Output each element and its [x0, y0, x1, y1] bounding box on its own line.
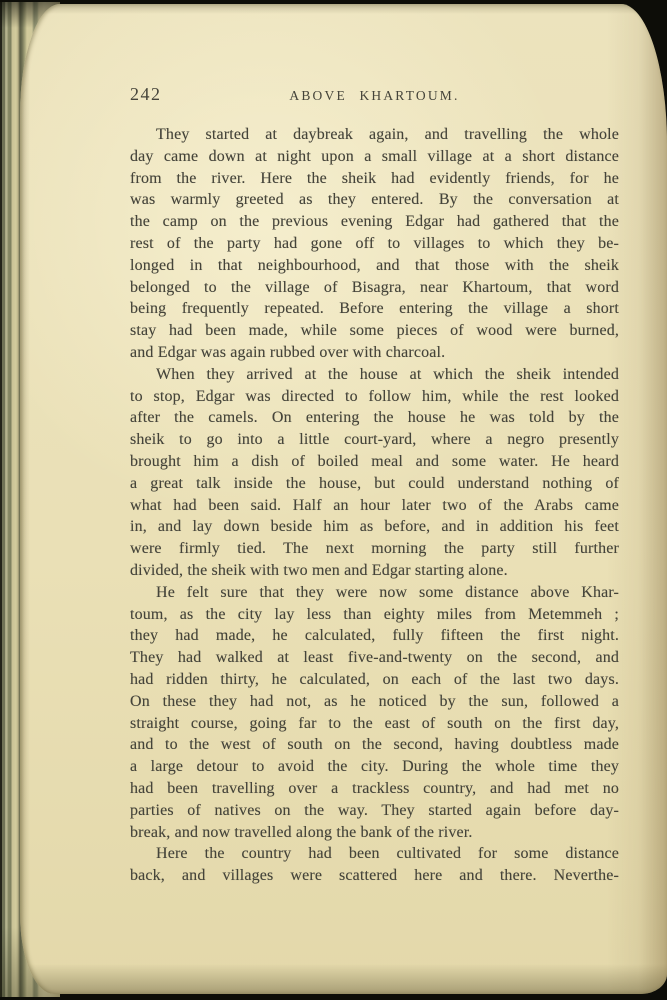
running-header: ABOVE KHARTOUM. — [130, 88, 619, 104]
text-line: divided, the sheik with two men and Edga… — [130, 560, 619, 582]
text-line: had been travelling over a trackless cou… — [130, 778, 619, 800]
text-line: They had walked at least five-and-twenty… — [130, 647, 619, 669]
text-line: and to the west of south on the second, … — [130, 734, 619, 756]
text-line: back, and villages were scattered here a… — [130, 865, 619, 887]
text-line: Here the country had been cultivated for… — [130, 843, 619, 865]
text-line: after the camels. On entering the house … — [130, 407, 619, 429]
page-header-row: 242 ABOVE KHARTOUM. — [130, 84, 619, 104]
text-line: belonged to the village of Bisagra, near… — [130, 277, 619, 299]
text-line: to stop, Edgar was directed to follow hi… — [130, 386, 619, 408]
text-line: break, and now travelled along the bank … — [130, 822, 619, 844]
text-line: had ridden thirty, he calculated, on eac… — [130, 669, 619, 691]
text-line: He felt sure that they were now some dis… — [130, 582, 619, 604]
paragraph: Here the country had been cultivated for… — [130, 843, 619, 887]
text-line: sheik to go into a little court-yard, wh… — [130, 429, 619, 451]
text-line: what had been said. Half an hour later t… — [130, 495, 619, 517]
text-line: in, and lay down beside him as before, a… — [130, 516, 619, 538]
text-line: stay had been made, while some pieces of… — [130, 320, 619, 342]
text-line: On these they had not, as he noticed by … — [130, 691, 619, 713]
paragraph: He felt sure that they were now some dis… — [130, 582, 619, 844]
text-line: When they arrived at the house at which … — [130, 364, 619, 386]
book-page-scan: 242 ABOVE KHARTOUM. They started at dayb… — [0, 0, 667, 1000]
text-line: a large detour to avoid the city. During… — [130, 756, 619, 778]
text-line: were firmly tied. The next morning the p… — [130, 538, 619, 560]
text-line: longed in that neighbourhood, and that t… — [130, 255, 619, 277]
text-line: toum, as the city lay less than eighty m… — [130, 604, 619, 626]
paragraph: They started at daybreak again, and trav… — [130, 124, 619, 364]
text-line: They started at daybreak again, and trav… — [130, 124, 619, 146]
text-line: parties of natives on the way. They star… — [130, 800, 619, 822]
text-line: being frequently repeated. Before enteri… — [130, 298, 619, 320]
text-line: straight course, going far to the east o… — [130, 713, 619, 735]
text-line: from the river. Here the sheik had evide… — [130, 168, 619, 190]
text-line: a great talk inside the house, but could… — [130, 473, 619, 495]
text-line: brought him a dish of boiled meal and so… — [130, 451, 619, 473]
book-page: 242 ABOVE KHARTOUM. They started at dayb… — [20, 4, 667, 994]
text-line: day came down at night upon a small vill… — [130, 146, 619, 168]
text-line: and Edgar was again rubbed over with cha… — [130, 342, 619, 364]
paragraph: When they arrived at the house at which … — [130, 364, 619, 582]
text-line: rest of the party had gone off to villag… — [130, 233, 619, 255]
page-content: 242 ABOVE KHARTOUM. They started at dayb… — [130, 84, 619, 887]
text-line: the camp on the previous evening Edgar h… — [130, 211, 619, 233]
text-line: they had made, he calculated, fully fift… — [130, 625, 619, 647]
body-text: They started at daybreak again, and trav… — [130, 124, 619, 887]
text-line: was warmly greeted as they entered. By t… — [130, 189, 619, 211]
